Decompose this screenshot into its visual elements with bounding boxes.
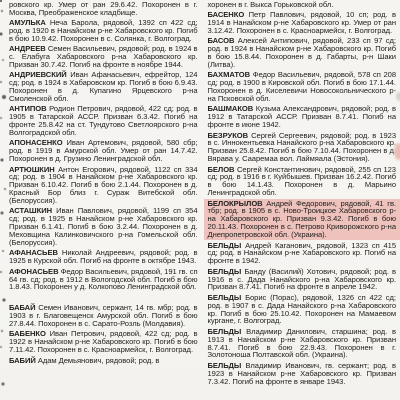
column-right: хоронен в г. Выкса Горьковской обл.БАСЕН… bbox=[208, 1, 397, 388]
entry-text: Семен Иванович, сержант, 14 гв. мбр; род… bbox=[9, 303, 198, 328]
memorial-entry: БЕЛЬДЫ Андрей Каганович, рядовой, 1323 с… bbox=[208, 242, 397, 266]
memorial-entry: БЕЛЬДЫ Владимир Иванович, гв. сержант; р… bbox=[208, 362, 397, 386]
memorial-entry: БЕЛЬДЫ Банду (Василий) Хотович, рядовой;… bbox=[208, 268, 397, 292]
memorial-entry: АМУЛЬКА Неча Барола, рядовой, 1392 сп 42… bbox=[9, 19, 198, 43]
entry-surname: БАБИЙ bbox=[9, 356, 38, 365]
memorial-entry: БЕЛОВ Сергей Константинович, рядовой, 25… bbox=[208, 166, 397, 198]
memorial-entry: АПОНАСЕНКО Иван Артемович, рядовой, 580 … bbox=[9, 139, 198, 163]
memorial-entry: БАХМАТОВ Федор Васильевич, рядовой, 578 … bbox=[208, 71, 397, 103]
gray-edge-smudge bbox=[396, 92, 400, 101]
entry-text: Адам Демьянович, рядовой; род. в bbox=[38, 356, 159, 365]
entry-text: ровского кр. Умер от ран 29.6.42. Похоро… bbox=[9, 0, 198, 17]
memorial-entry: БАБЕНКО Иван Петрович, рядовой, 422 сд; … bbox=[9, 330, 198, 354]
memorial-entry: АНДРИЕВСКИЙ Иван Афанасьевич, ефрейтор, … bbox=[9, 71, 198, 103]
text-columns: ровского кр. Умер от ран 29.6.42. Похоро… bbox=[0, 0, 400, 388]
memorial-entry: АНТИПОВ Родион Петрович, рядовой, 422 сд… bbox=[9, 105, 198, 137]
entry-text: хоронен в г. Выкса Горьковской обл. bbox=[208, 0, 334, 9]
memorial-entry: БАСОВ Алексей Антипович, рядовой, 233 сп… bbox=[208, 37, 397, 69]
memorial-entry: БАСЕНКО Петр Павлович, рядовой, 10 сп; р… bbox=[208, 11, 397, 35]
pink-edge-smudge bbox=[394, 143, 400, 160]
memorial-entry: БЕЗРУКОВ Сергей Сергеевич, рядовой; род.… bbox=[208, 132, 397, 164]
memorial-entry: АФОНАСЬЕВ Федор Васильевич, рядовой, 191… bbox=[9, 268, 198, 292]
scanned-page: ровского кр. Умер от ран 29.6.42. Похоро… bbox=[0, 0, 400, 400]
memorial-entry: БЕЛЬДЫ Борис (Порас), рядовой, 1326 сп 4… bbox=[208, 294, 397, 326]
memorial-entry: БАБАЙ Семен Иванович, сержант, 14 гв. мб… bbox=[9, 304, 198, 328]
memorial-entry: АФАНАСЬЕВ Николай Андреевич, рядовой; ро… bbox=[9, 249, 198, 265]
memorial-entry: хоронен в г. Выкса Горьковской обл. bbox=[208, 1, 397, 9]
memorial-entry: БАШМАКОВ Кузьма Александрович, рядовой; … bbox=[208, 105, 397, 129]
memorial-entry: БАБИЙ Адам Демьянович, рядовой; род. в bbox=[9, 357, 198, 365]
memorial-entry: АСТАШКИН Иван Павлович, рядовой, 1199 сп… bbox=[9, 207, 198, 247]
memorial-entry-highlighted: БЕЛОКРЫЛОВ Андрей Федорович, рядовой, 41… bbox=[204, 200, 400, 240]
scan-speck-artifacts bbox=[0, 0, 2, 2]
memorial-entry: АРТЮШКИН Антон Егорович, рядовой, 1122 с… bbox=[9, 166, 198, 206]
memorial-entry: АНДРЕЕВ Семен Васильевич, рядовой; род. … bbox=[9, 45, 198, 69]
memorial-entry: ровского кр. Умер от ран 29.6.42. Похоро… bbox=[9, 1, 198, 17]
column-left: ровского кр. Умер от ран 29.6.42. Похоро… bbox=[9, 1, 198, 388]
memorial-entry: БЕЛЬДЫ Владимир Данилович, старшина; род… bbox=[208, 328, 397, 360]
